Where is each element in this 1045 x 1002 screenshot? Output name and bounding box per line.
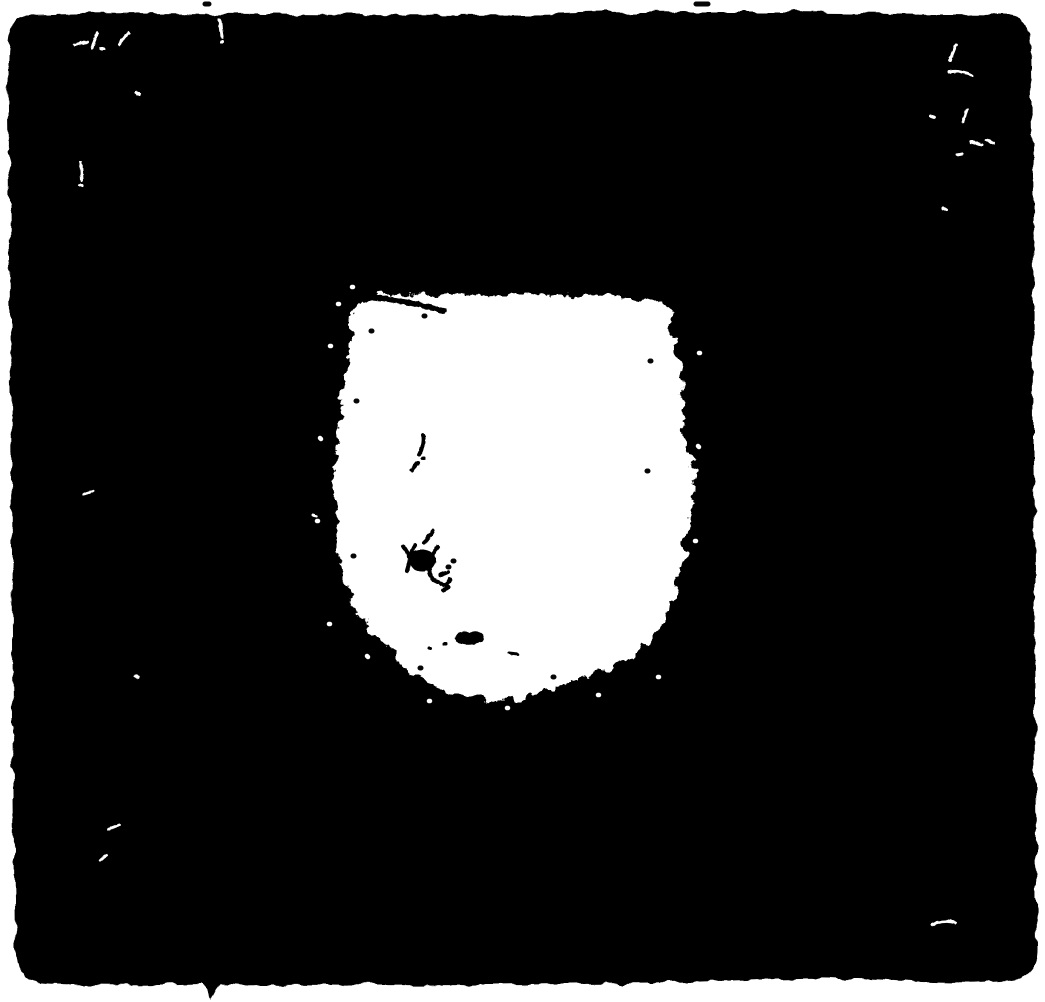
light-patch xyxy=(333,294,695,700)
scanned-photograph xyxy=(0,0,1045,1002)
photo-canvas xyxy=(0,0,1045,1002)
